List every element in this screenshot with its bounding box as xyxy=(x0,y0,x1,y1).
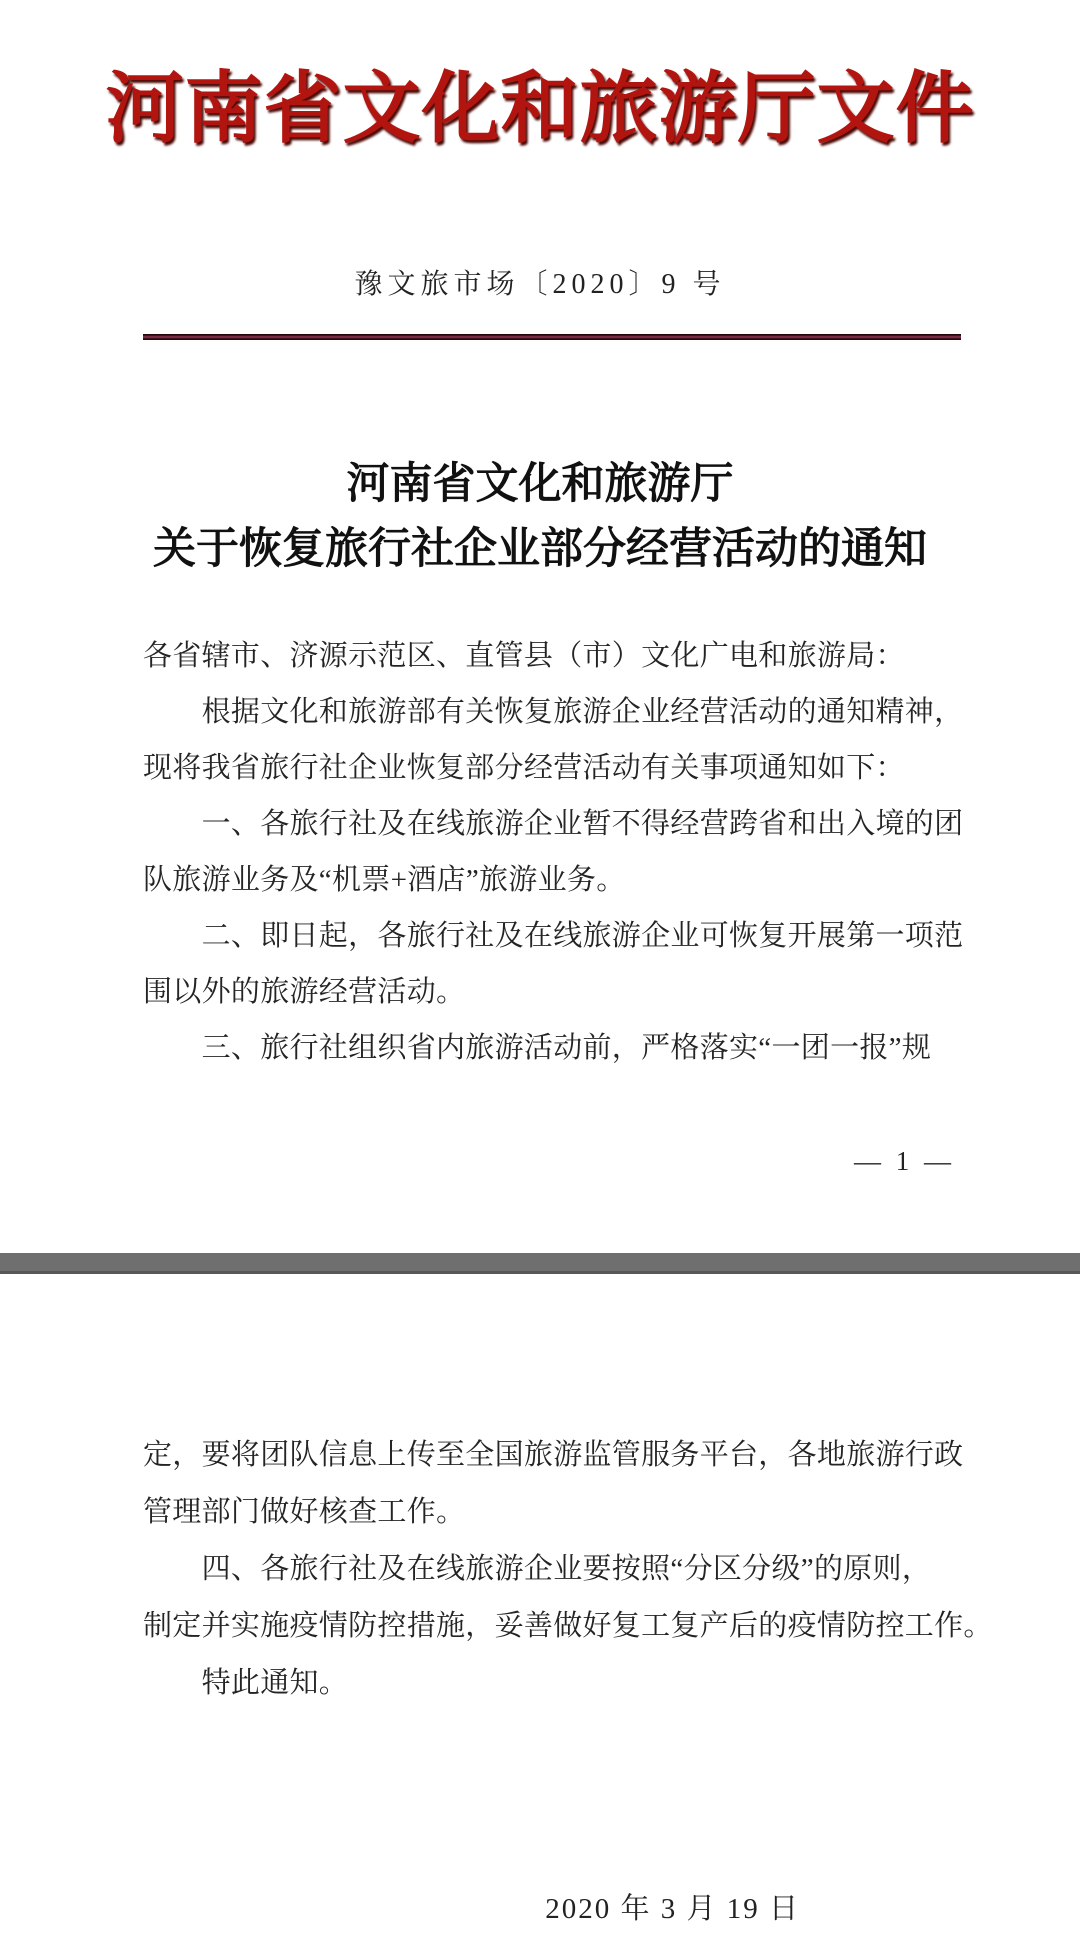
scanned-document: 河南省文化和旅游厅文件 豫文旅市场〔2020〕9 号 河南省文化和旅游厅 关于恢… xyxy=(0,0,1080,1956)
page1-body-text: 各省辖市、济源示范区、直管县（市）文化广电和旅游局： 根据文化和旅游部有关恢复旅… xyxy=(143,628,963,1076)
body-text-line: 根据文化和旅游部有关恢复旅游企业经营活动的通知精神， xyxy=(143,684,963,740)
body-text-line: 四、各旅行社及在线旅游企业要按照“分区分级”的原则， xyxy=(143,1541,963,1598)
notice-title-line2: 关于恢复旅行社企业部分经营活动的通知 xyxy=(0,517,1080,582)
page-number: — 1 — xyxy=(854,1146,955,1177)
body-text-line: 各省辖市、济源示范区、直管县（市）文化广电和旅游局： xyxy=(143,628,963,684)
body-text-line: 特此通知。 xyxy=(143,1655,963,1712)
notice-title-line1: 河南省文化和旅游厅 xyxy=(0,452,1080,517)
body-text-line: 定，要将团队信息上传至全国旅游监管服务平台，各地旅游行政 xyxy=(143,1427,963,1484)
page2-body-text: 定，要将团队信息上传至全国旅游监管服务平台，各地旅游行政管理部门做好核查工作。 … xyxy=(143,1427,963,1712)
body-text-line: 三、旅行社组织省内旅游活动前，严格落实“一团一报”规 xyxy=(143,1020,963,1076)
body-text-line: 二、即日起，各旅行社及在线旅游企业可恢复开展第一项范 xyxy=(143,908,963,964)
body-text-line: 围以外的旅游经营活动。 xyxy=(143,964,963,1020)
letterhead-red-rule xyxy=(143,334,961,340)
page-break-bar xyxy=(0,1253,1080,1274)
notice-title: 河南省文化和旅游厅 关于恢复旅行社企业部分经营活动的通知 xyxy=(0,452,1080,582)
body-text-line: 队旅游业务及“机票+酒店”旅游业务。 xyxy=(143,852,963,908)
body-text-line: 一、各旅行社及在线旅游企业暂不得经营跨省和出入境的团 xyxy=(143,796,963,852)
letterhead-title: 河南省文化和旅游厅文件 xyxy=(0,46,1080,158)
body-text-line: 管理部门做好核查工作。 xyxy=(143,1484,963,1541)
body-text-line: 制定并实施疫情防控措施，妥善做好复工复产后的疫情防控工作。 xyxy=(143,1598,963,1655)
document-date: 2020 年 3 月 19 日 xyxy=(545,1886,800,1927)
body-text-line: 现将我省旅行社企业恢复部分经营活动有关事项通知如下： xyxy=(143,740,963,796)
document-number: 豫文旅市场〔2020〕9 号 xyxy=(0,262,1080,302)
